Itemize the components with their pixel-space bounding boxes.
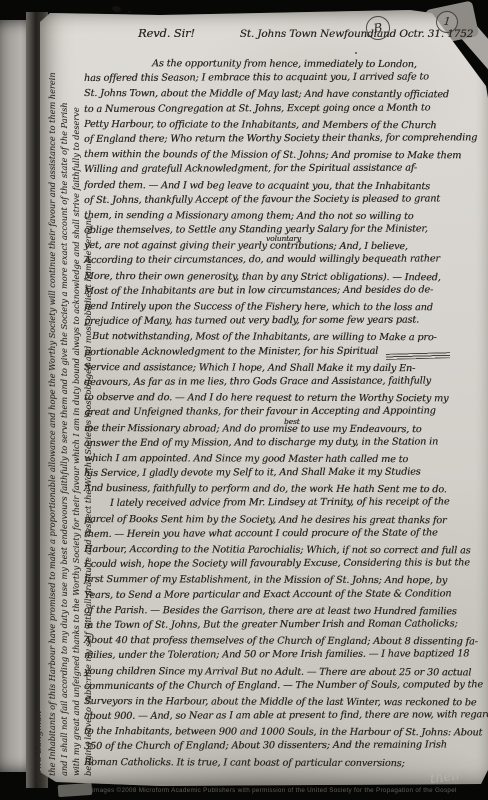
manuscript-line: 350 of the Church of England; About 30 d… [84, 738, 476, 755]
manuscript-line: great and Unfeigned thanks, for their fa… [84, 404, 476, 421]
manuscript-line: According to their circumstances, do, an… [84, 252, 476, 269]
manuscript-line: in the Town of St. Johns, But the greate… [84, 616, 476, 633]
manuscript-line: I lately received advice from Mr. Lindse… [84, 495, 476, 512]
manuscript-line: has offered this Season; I embrace this … [84, 69, 476, 86]
manuscript-line: about 900. — And, so Near as I am able a… [84, 707, 476, 724]
interlinear-insertion: voluntary [266, 231, 301, 246]
manuscript-line: prejudice of Many, has turned out very b… [84, 312, 476, 329]
place-dateline: St. Johns Town Newfoundland Octr. 31. 17… [240, 28, 473, 40]
manuscript-line: communicants of the Church of England. —… [84, 677, 476, 694]
strikethrough-mark [386, 352, 450, 360]
marginal-signature: Edwd Langman [34, 642, 48, 782]
marginal-line: with my great and unfeigned thanks to th… [70, 100, 82, 776]
manuscript-line: Most of the Inhabitants are but in low c… [84, 282, 476, 299]
manuscript-line: Willing and gratefull Acknowledgment, fo… [84, 161, 476, 178]
interlinear-insertion: best [284, 414, 300, 429]
manuscript-line: deavours, As far as in me lies, thro God… [84, 373, 476, 390]
manuscript-line: them. — Herein you have what account I c… [84, 525, 476, 542]
ink-speck [128, 11, 131, 13]
salutation: Revd. Sir! [138, 26, 195, 40]
ink-blot [111, 5, 121, 13]
manuscript-line: answer the End of my Mission, And to dis… [84, 434, 476, 451]
manuscript-line: I could wish, hope the Society will favo… [84, 555, 476, 572]
manuscript-line: milies, under the Toleration; And 50 or … [84, 647, 476, 664]
handwriting-fragment: their [429, 768, 462, 787]
manuscript-line: Roman Catholicks. It is true, I cant boa… [84, 755, 476, 772]
letter-body: Revd. Sir! St. Johns Town Newfoundland O… [84, 26, 476, 770]
manuscript-line: of England there; Who return the Worthy … [84, 130, 476, 147]
letter-header: Revd. Sir! St. Johns Town Newfoundland O… [84, 26, 476, 56]
manuscript-line: of St. Johns, thankfully Accept of the f… [84, 191, 476, 208]
manuscript-line: to a Numerous Congregation at St. Johns,… [84, 100, 476, 117]
manuscript-line: Years, to Send a More particular and Exa… [84, 586, 476, 603]
microfilm-watermark: Images ©2008 Microform Academic Publishe… [92, 787, 432, 794]
page-edge-scrap [58, 783, 93, 797]
marginal-line: and I shall not fail according to my dut… [58, 100, 70, 776]
manuscript-line: his Service, I gladly devote my Self to … [84, 464, 476, 481]
photograph-background: B 1 the Inhabitants of this Harbour have… [0, 0, 488, 800]
